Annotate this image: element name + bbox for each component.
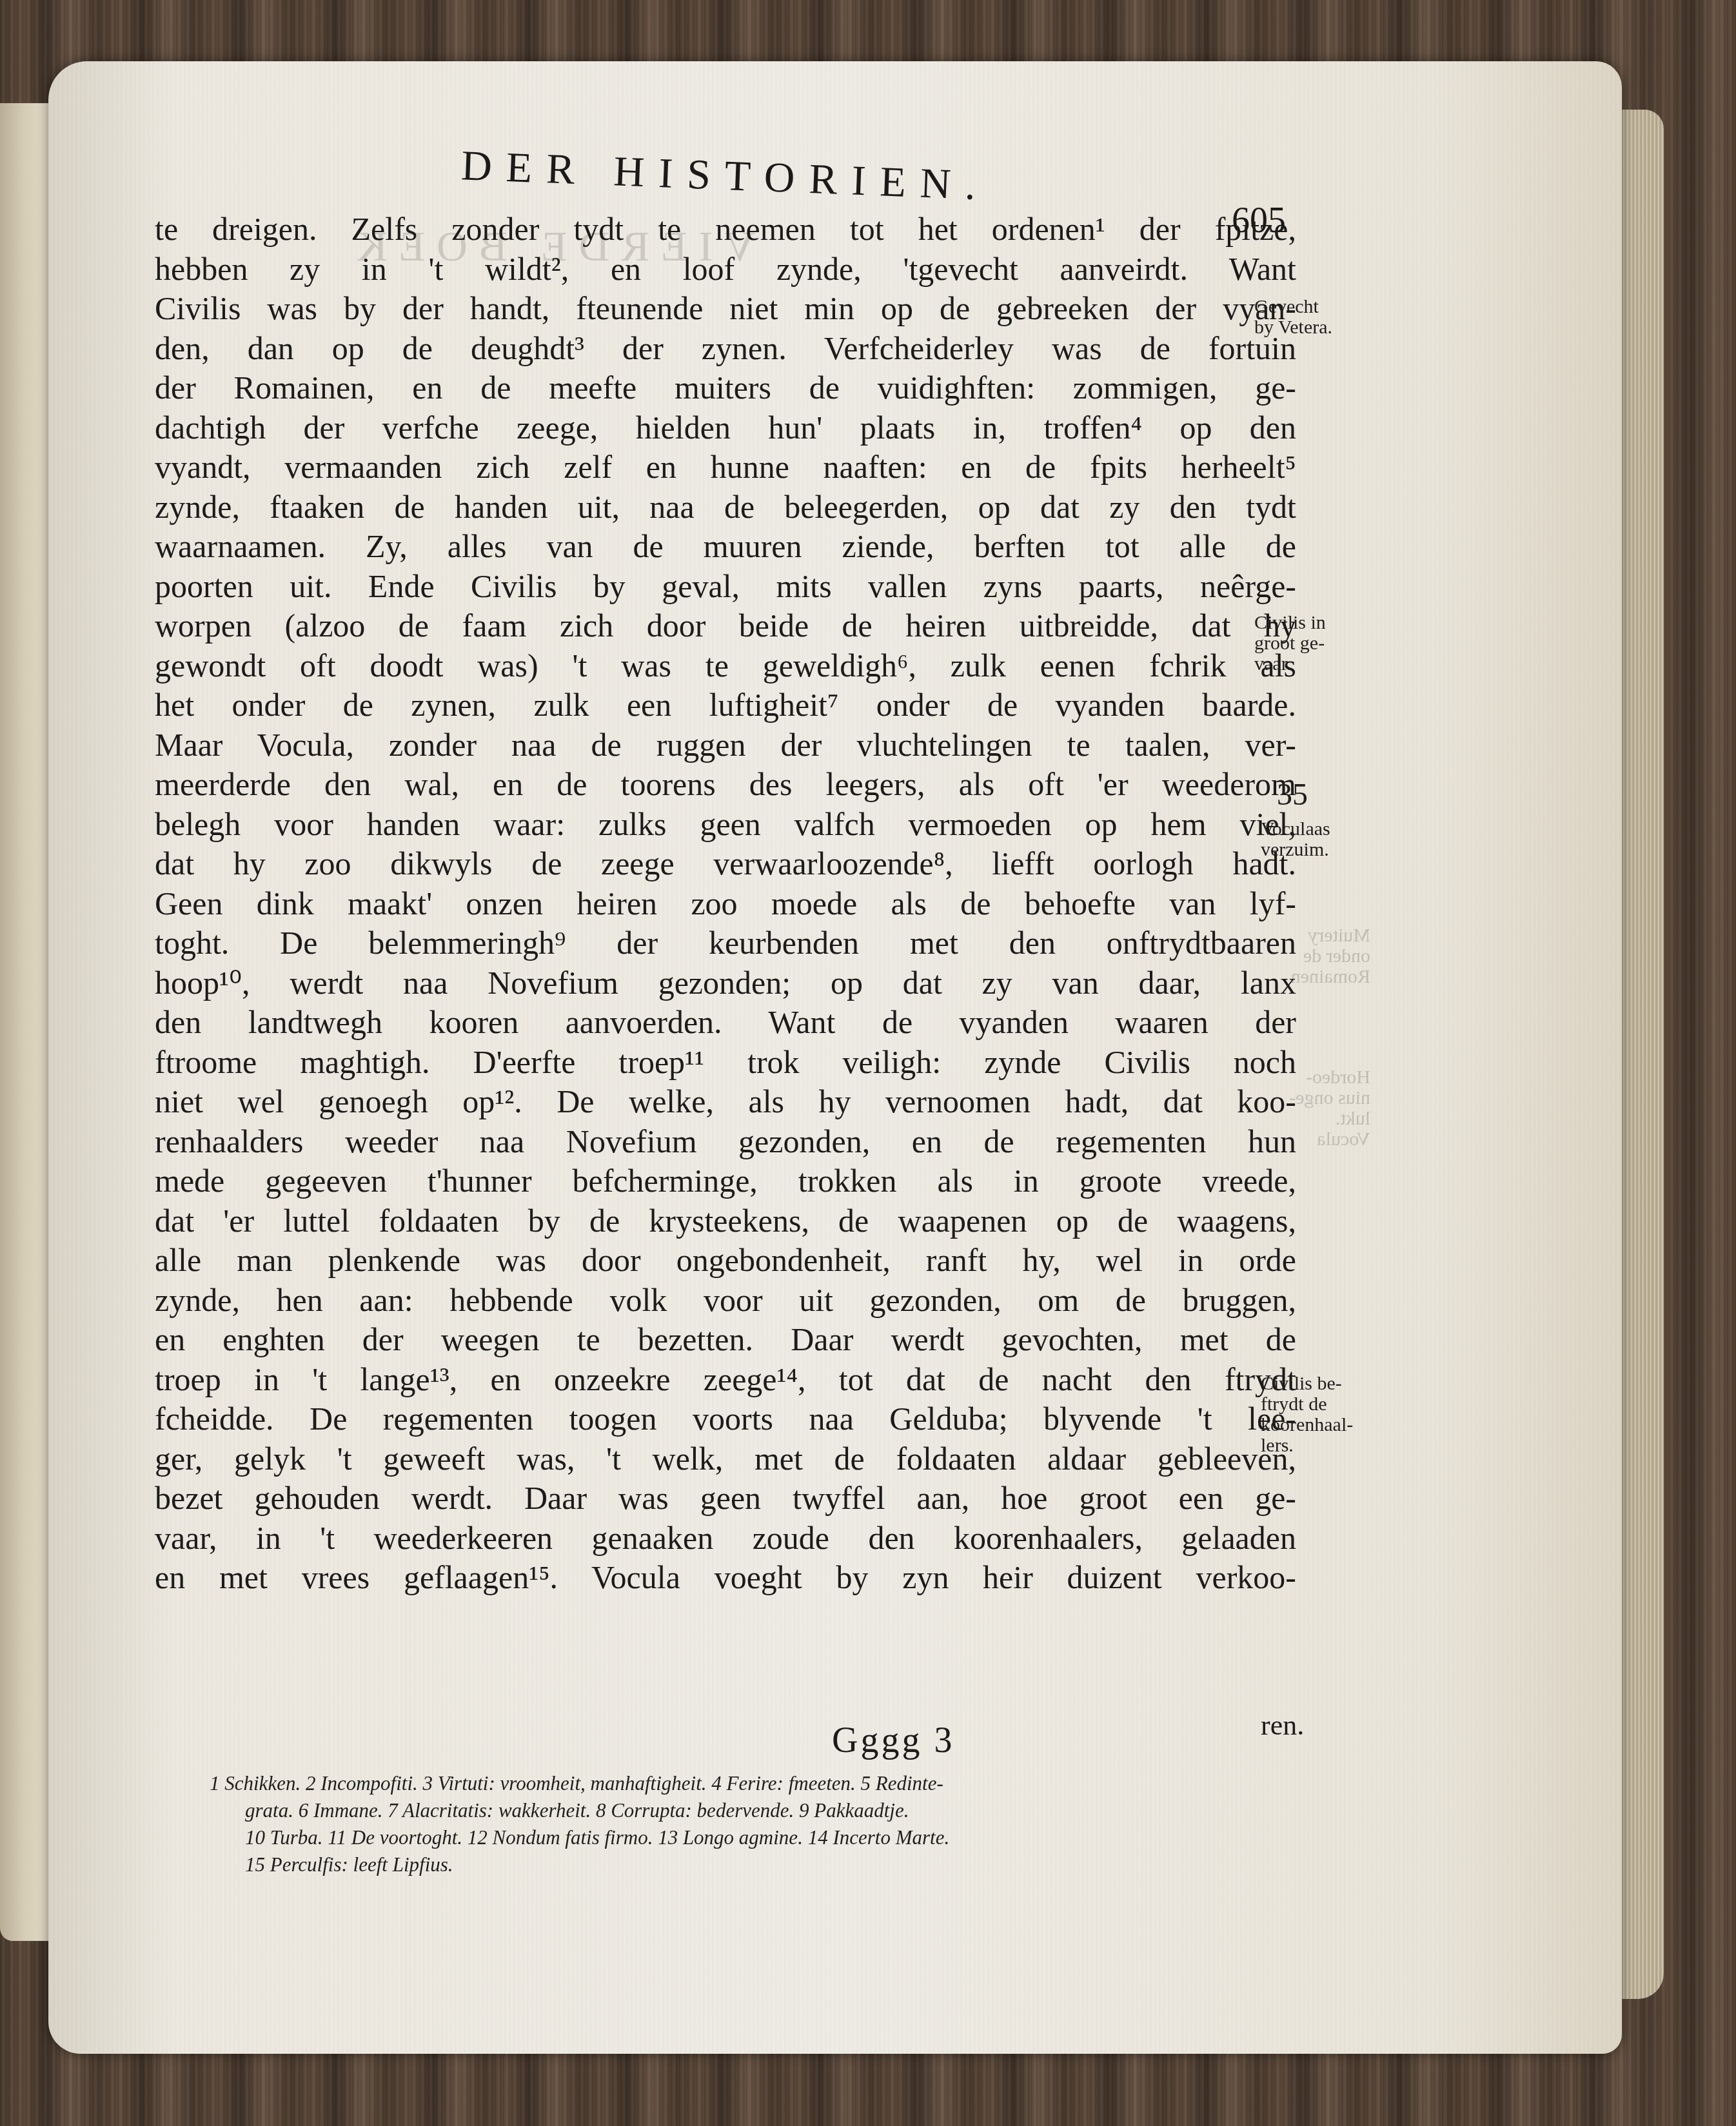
marginal-note-line: groot ge-: [1254, 633, 1370, 654]
text-line: Maar Vocula, zonder naa de ruggen der vl…: [155, 725, 1296, 765]
ghost-line: Romainen: [1267, 967, 1370, 987]
text-line: gewondt oft doodt was) 't was te geweldi…: [155, 646, 1296, 686]
ghost-line: Muitery: [1267, 925, 1370, 946]
marginal-note-line: Gevecht: [1254, 297, 1370, 317]
book-page: VIERDE BOEK DER HISTORIEN. 605 te dreige…: [48, 61, 1622, 2054]
ghost-line: nius onge-: [1267, 1088, 1370, 1108]
marginal-note-voculaas: Voculaas verzuim.: [1261, 819, 1377, 860]
text-line: bezet gehouden werdt. Daar was geen twyf…: [155, 1479, 1296, 1519]
section-number: 35: [1277, 777, 1308, 812]
marginal-note-civilis-bestrydt: Civilis be- ftrydt de koorenhaal- lers.: [1261, 1373, 1377, 1456]
text-line: meerderde den wal, en de toorens des lee…: [155, 765, 1296, 805]
main-text-block: te dreigen. Zelfs zonder tydt te neemen …: [155, 210, 1296, 1598]
footnote-line: grata. 6 Immane. 7 Alacritatis: wakkerhe…: [210, 1797, 1299, 1824]
text-line: niet wel genoegh op¹². De welke, als hy …: [155, 1082, 1296, 1122]
text-line: vyandt, vermaanden zich zelf en hunne na…: [155, 448, 1296, 487]
footnote-line: 10 Turba. 11 De voortoght. 12 Nondum fat…: [210, 1824, 1299, 1851]
marginal-note-line: Voculaas: [1261, 819, 1377, 840]
text-line: dat hy zoo dikwyls de zeege verwaarlooze…: [155, 844, 1296, 884]
text-line: ftroome maghtigh. D'eerfte troep¹¹ trok …: [155, 1043, 1296, 1083]
marginal-note-line: by Vetera.: [1254, 317, 1370, 338]
text-line: renhaalders weeder naa Novefium gezonden…: [155, 1122, 1296, 1162]
text-line: fcheidde. De regementen toogen voorts na…: [155, 1399, 1296, 1439]
footnotes: 1 Schikken. 2 Incompofiti. 3 Virtuti: vr…: [210, 1770, 1299, 1878]
signature-mark: Gggg 3: [832, 1720, 954, 1761]
text-line: hoop¹⁰, werdt naa Novefium gezonden; op …: [155, 963, 1296, 1003]
marginal-note-line: verzuim.: [1261, 840, 1377, 860]
text-line: den landtwegh kooren aanvoerden. Want de…: [155, 1003, 1296, 1043]
text-line: ger, gelyk 't geweeft was, 't welk, met …: [155, 1439, 1296, 1479]
marginal-note-line: Civilis be-: [1261, 1373, 1377, 1394]
marginal-note-line: vaar.: [1254, 654, 1370, 674]
ghost-line: Vocula: [1267, 1129, 1370, 1150]
text-line: dat 'er luttel foldaaten by de krysteeke…: [155, 1201, 1296, 1241]
text-line: hebben zy in 't wildt², en loof zynde, '…: [155, 250, 1296, 290]
text-line: toght. De belemmeringh⁹ der keurbenden m…: [155, 923, 1296, 963]
marginal-note-gevecht: Gevecht by Vetera.: [1254, 297, 1370, 338]
running-head: DER HISTORIEN.: [460, 141, 991, 210]
text-line: Geen dink maakt' onzen heiren zoo moede …: [155, 884, 1296, 924]
text-line: belegh voor handen waar: zulks geen valf…: [155, 805, 1296, 845]
text-line: den, dan op de deughdt³ der zynen. Verfc…: [155, 329, 1296, 369]
ghost-line: onder de: [1267, 946, 1370, 967]
text-line: zynde, ftaaken de handen uit, naa de bel…: [155, 487, 1296, 527]
marginal-note-line: lers.: [1261, 1435, 1377, 1456]
marginal-note-line: koorenhaal-: [1261, 1415, 1377, 1435]
text-line: en met vrees geflaagen¹⁵. Vocula voeght …: [155, 1558, 1296, 1598]
show-through-note: Muitery onder de Romainen: [1267, 925, 1370, 987]
text-line: der Romainen, en de meefte muiters de vu…: [155, 368, 1296, 408]
text-line: en enghten der weegen te bezetten. Daar …: [155, 1320, 1296, 1360]
text-line: het onder de zynen, zulk een luftigheit⁷…: [155, 685, 1296, 725]
text-line: waarnaamen. Zy, alles van de muuren zien…: [155, 527, 1296, 567]
facing-page-edge: [0, 103, 48, 1941]
text-line: mede gegeeven t'hunner befcherminge, tro…: [155, 1161, 1296, 1201]
footnote-line: 1 Schikken. 2 Incompofiti. 3 Virtuti: vr…: [210, 1770, 1299, 1797]
text-line: troep in 't lange¹³, en onzeekre zeege¹⁴…: [155, 1360, 1296, 1400]
text-line: Civilis was by der handt, fteunende niet…: [155, 289, 1296, 329]
footnote-line: 15 Perculfis: leeft Lipfius.: [210, 1851, 1299, 1878]
marginal-note-civilis-gevaar: Civilis in groot ge- vaar.: [1254, 613, 1370, 674]
ghost-line: Hordeo-: [1267, 1067, 1370, 1088]
ghost-line: lukt.: [1267, 1108, 1370, 1129]
marginal-note-line: ftrydt de: [1261, 1394, 1377, 1415]
text-line: alle man plenkende was door ongebondenhe…: [155, 1241, 1296, 1281]
text-line: poorten uit. Ende Civilis by geval, mits…: [155, 567, 1296, 607]
show-through-note: Hordeo- nius onge- lukt. Vocula: [1267, 1067, 1370, 1150]
text-line: dachtigh der verfche zeege, hielden hun'…: [155, 408, 1296, 448]
catchword: ren.: [1261, 1709, 1304, 1742]
text-line: te dreigen. Zelfs zonder tydt te neemen …: [155, 210, 1296, 250]
marginal-note-line: Civilis in: [1254, 613, 1370, 633]
text-line: vaar, in 't weederkeeren genaaken zoude …: [155, 1519, 1296, 1559]
text-line: worpen (alzoo de faam zich door beide de…: [155, 606, 1296, 646]
text-line: zynde, hen aan: hebbende volk voor uit g…: [155, 1281, 1296, 1321]
